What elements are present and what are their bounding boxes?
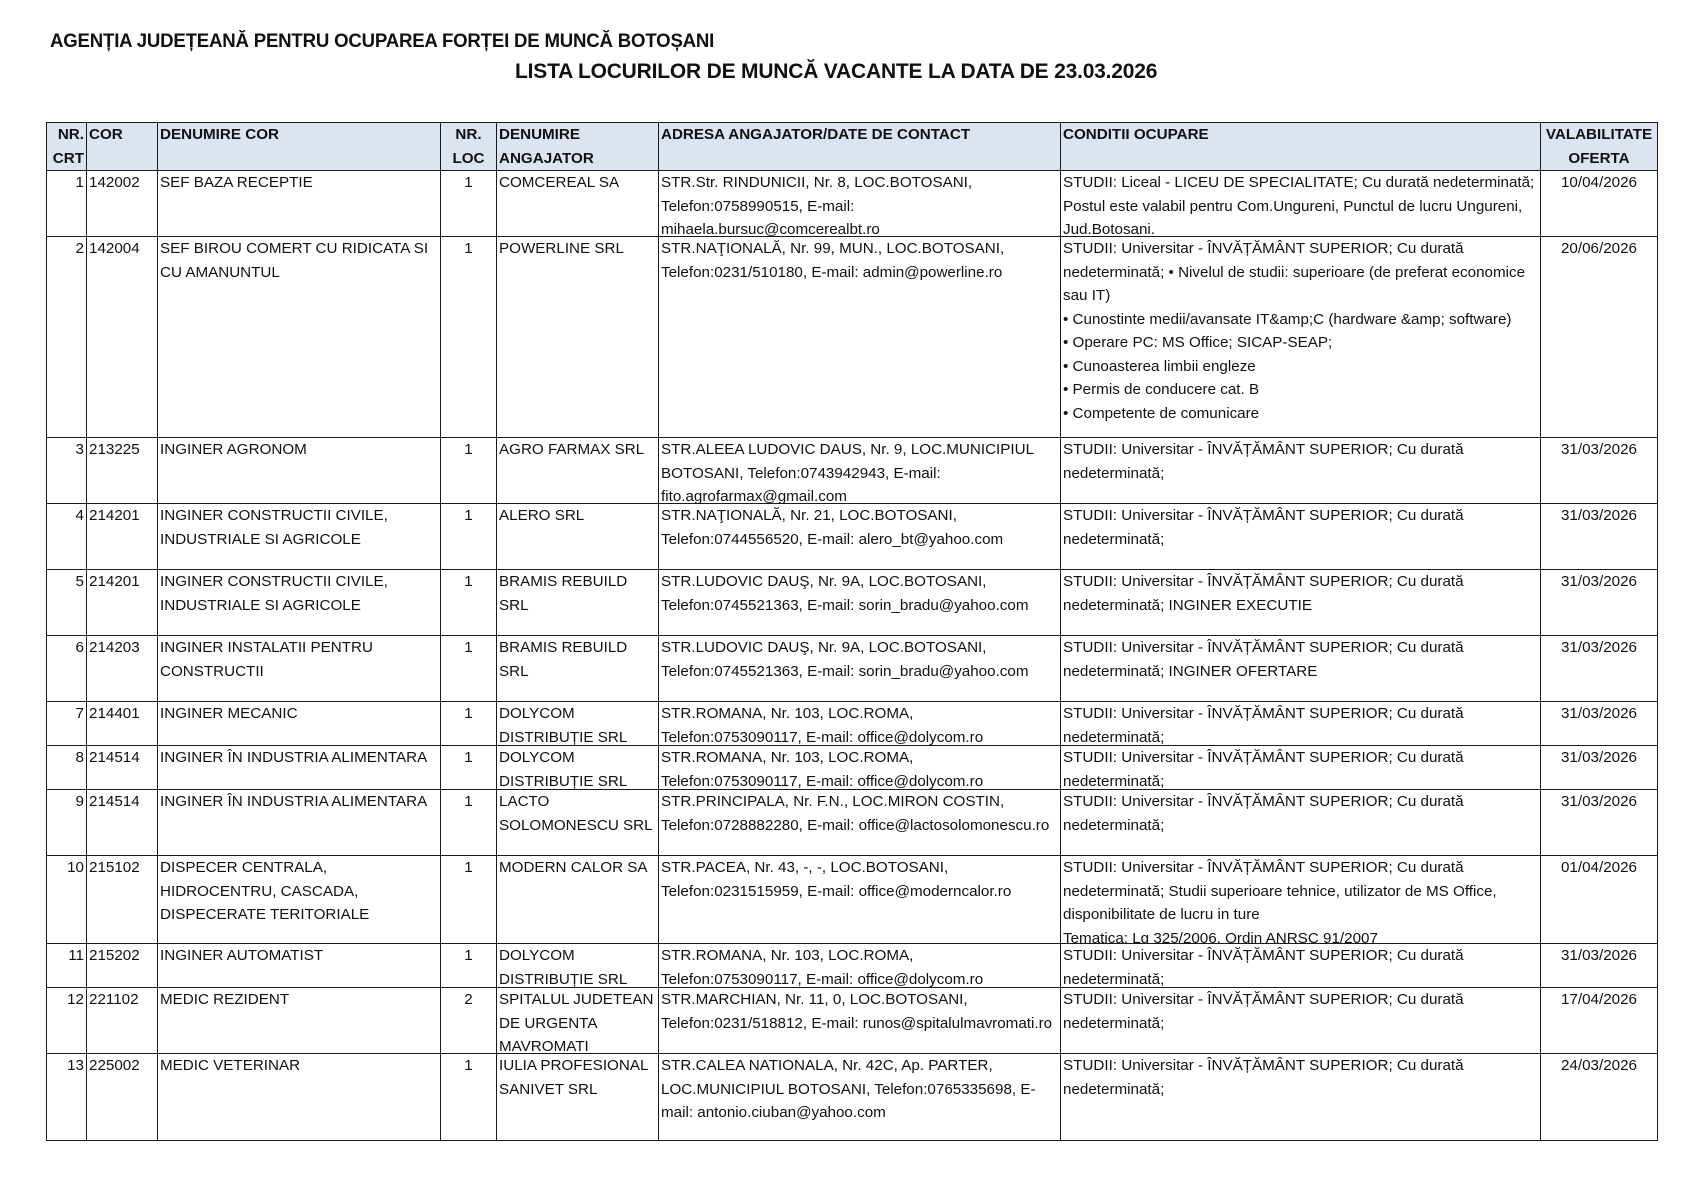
cell-conditii: STUDII: Universitar - ÎNVĂȚĂMÂNT SUPERIO… xyxy=(1061,944,1541,988)
cell-conditii: STUDII: Universitar - ÎNVĂȚĂMÂNT SUPERIO… xyxy=(1061,570,1541,636)
cell-adresa: STR.Str. RINDUNICII, Nr. 8, LOC.BOTOSANI… xyxy=(659,171,1061,237)
cell-valabilitate: 24/03/2026 xyxy=(1541,1054,1658,1141)
cell-nr-loc-text: 1 xyxy=(443,438,494,503)
cell-denumire-cor-text: MEDIC VETERINAR xyxy=(160,1054,438,1140)
cell-angajator: DOLYCOM DISTRIBUȚIE SRL xyxy=(497,746,659,790)
cell-nr-loc: 1 xyxy=(441,856,497,944)
cell-denumire-cor: INGINER ÎN INDUSTRIA ALIMENTARA xyxy=(158,790,441,856)
cell-angajator: IULIA PROFESIONAL SANIVET SRL xyxy=(497,1054,659,1141)
cell-denumire-cor: DISPECER CENTRALA, HIDROCENTRU, CASCADA,… xyxy=(158,856,441,944)
cell-valabilitate-text: 10/04/2026 xyxy=(1543,171,1655,236)
cell-angajator: LACTO SOLOMONESCU SRL xyxy=(497,790,659,856)
col-header-cor: COR xyxy=(87,123,158,171)
table-row: 6214203INGINER INSTALATII PENTRU CONSTRU… xyxy=(47,636,1658,702)
cell-valabilitate-text: 31/03/2026 xyxy=(1543,570,1655,635)
cell-conditii: STUDII: Universitar - ÎNVĂȚĂMÂNT SUPERIO… xyxy=(1061,438,1541,504)
cell-cor: 142002 xyxy=(87,171,158,237)
cell-angajator-text: COMCEREAL SA xyxy=(499,171,656,236)
cell-nr-loc: 1 xyxy=(441,636,497,702)
cell-adresa: STR.ALEEA LUDOVIC DAUS, Nr. 9, LOC.MUNIC… xyxy=(659,438,1061,504)
cell-angajator-text: LACTO SOLOMONESCU SRL xyxy=(499,790,656,855)
cell-nr-crt-text: 5 xyxy=(49,570,84,635)
cell-adresa: STR.PRINCIPALA, Nr. F.N., LOC.MIRON COST… xyxy=(659,790,1061,856)
col-header-denumire-cor: DENUMIRE COR xyxy=(158,123,441,171)
cell-cor-text: 225002 xyxy=(89,1054,155,1140)
cell-cor: 215102 xyxy=(87,856,158,944)
cell-valabilitate: 31/03/2026 xyxy=(1541,504,1658,570)
cell-conditii-text: STUDII: Universitar - ÎNVĂȚĂMÂNT SUPERIO… xyxy=(1063,702,1538,745)
table-row: 13225002MEDIC VETERINAR1IULIA PROFESIONA… xyxy=(47,1054,1658,1141)
cell-denumire-cor-text: INGINER CONSTRUCTII CIVILE, INDUSTRIALE … xyxy=(160,570,438,635)
cell-nr-crt: 4 xyxy=(47,504,87,570)
cell-conditii-text: STUDII: Universitar - ÎNVĂȚĂMÂNT SUPERIO… xyxy=(1063,570,1538,635)
col-header-valabilitate: VALABILITATE OFERTA xyxy=(1541,123,1658,171)
cell-adresa-text: STR.ROMANA, Nr. 103, LOC.ROMA, Telefon:0… xyxy=(661,746,1058,789)
cell-valabilitate: 17/04/2026 xyxy=(1541,988,1658,1054)
cell-angajator-text: IULIA PROFESIONAL SANIVET SRL xyxy=(499,1054,656,1140)
cell-conditii-text: STUDII: Universitar - ÎNVĂȚĂMÂNT SUPERIO… xyxy=(1063,504,1538,569)
cell-denumire-cor-text: MEDIC REZIDENT xyxy=(160,988,438,1053)
cell-nr-crt: 9 xyxy=(47,790,87,856)
cell-cor-text: 214514 xyxy=(89,746,155,789)
cell-adresa-text: STR.LUDOVIC DAUŞ, Nr. 9A, LOC.BOTOSANI, … xyxy=(661,636,1058,701)
cell-conditii-text: STUDII: Universitar - ÎNVĂȚĂMÂNT SUPERIO… xyxy=(1063,790,1538,855)
cell-adresa-text: STR.NAŢIONALĂ, Nr. 99, MUN., LOC.BOTOSAN… xyxy=(661,237,1058,437)
cell-angajator-text: AGRO FARMAX SRL xyxy=(499,438,656,503)
table-row: 4214201INGINER CONSTRUCTII CIVILE, INDUS… xyxy=(47,504,1658,570)
cell-nr-loc-text: 2 xyxy=(443,988,494,1053)
cell-nr-loc-text: 1 xyxy=(443,702,494,745)
list-title: LISTA LOCURILOR DE MUNCĂ VACANTE LA DATA… xyxy=(515,60,1157,84)
cell-denumire-cor: INGINER AUTOMATIST xyxy=(158,944,441,988)
cell-nr-crt-text: 2 xyxy=(49,237,84,437)
cell-cor: 142004 xyxy=(87,237,158,438)
cell-denumire-cor-text: DISPECER CENTRALA, HIDROCENTRU, CASCADA,… xyxy=(160,856,438,943)
cell-cor: 214203 xyxy=(87,636,158,702)
cell-nr-loc-text: 1 xyxy=(443,790,494,855)
cell-adresa: STR.NAŢIONALĂ, Nr. 21, LOC.BOTOSANI, Tel… xyxy=(659,504,1061,570)
cell-conditii-text: STUDII: Universitar - ÎNVĂȚĂMÂNT SUPERIO… xyxy=(1063,944,1538,987)
cell-nr-loc-text: 1 xyxy=(443,746,494,789)
cell-valabilitate: 31/03/2026 xyxy=(1541,790,1658,856)
cell-cor: 214514 xyxy=(87,790,158,856)
cell-denumire-cor-text: SEF BIROU COMERT CU RIDICATA SI CU AMANU… xyxy=(160,237,438,437)
cell-conditii-text: STUDII: Universitar - ÎNVĂȚĂMÂNT SUPERIO… xyxy=(1063,856,1538,943)
cell-valabilitate: 01/04/2026 xyxy=(1541,856,1658,944)
cell-cor-text: 214201 xyxy=(89,504,155,569)
agency-title: AGENȚIA JUDEȚEANĂ PENTRU OCUPAREA FORȚEI… xyxy=(50,31,714,53)
cell-conditii: STUDII: Universitar - ÎNVĂȚĂMÂNT SUPERIO… xyxy=(1061,504,1541,570)
cell-denumire-cor-text: INGINER AGRONOM xyxy=(160,438,438,503)
cell-nr-crt-text: 13 xyxy=(49,1054,84,1140)
cell-adresa-text: STR.ALEEA LUDOVIC DAUS, Nr. 9, LOC.MUNIC… xyxy=(661,438,1058,503)
cell-adresa: STR.ROMANA, Nr. 103, LOC.ROMA, Telefon:0… xyxy=(659,944,1061,988)
cell-nr-loc: 1 xyxy=(441,237,497,438)
cell-nr-crt-text: 9 xyxy=(49,790,84,855)
cell-nr-crt-text: 7 xyxy=(49,702,84,745)
col-header-conditii: CONDITII OCUPARE xyxy=(1061,123,1541,171)
cell-nr-crt-text: 3 xyxy=(49,438,84,503)
cell-cor: 215202 xyxy=(87,944,158,988)
cell-cor: 213225 xyxy=(87,438,158,504)
cell-nr-loc-text: 1 xyxy=(443,570,494,635)
cell-angajator: BRAMIS REBUILD SRL xyxy=(497,570,659,636)
cell-nr-loc: 2 xyxy=(441,988,497,1054)
table-row: 10215102DISPECER CENTRALA, HIDROCENTRU, … xyxy=(47,856,1658,944)
cell-nr-loc: 1 xyxy=(441,944,497,988)
table-row: 12221102MEDIC REZIDENT2SPITALUL JUDETEAN… xyxy=(47,988,1658,1054)
cell-angajator-text: POWERLINE SRL xyxy=(499,237,656,437)
cell-angajator-text: MODERN CALOR SA xyxy=(499,856,656,943)
cell-angajator: DOLYCOM DISTRIBUȚIE SRL xyxy=(497,702,659,746)
cell-denumire-cor: MEDIC REZIDENT xyxy=(158,988,441,1054)
cell-angajator-text: SPITALUL JUDETEAN DE URGENTA MAVROMATI xyxy=(499,988,656,1053)
cell-conditii-text: STUDII: Universitar - ÎNVĂȚĂMÂNT SUPERIO… xyxy=(1063,636,1538,701)
cell-valabilitate: 31/03/2026 xyxy=(1541,636,1658,702)
cell-conditii: STUDII: Universitar - ÎNVĂȚĂMÂNT SUPERIO… xyxy=(1061,237,1541,438)
cell-angajator: BRAMIS REBUILD SRL xyxy=(497,636,659,702)
cell-nr-loc: 1 xyxy=(441,570,497,636)
col-header-adresa: ADRESA ANGAJATOR/DATE DE CONTACT xyxy=(659,123,1061,171)
cell-cor-text: 215202 xyxy=(89,944,155,987)
cell-denumire-cor: INGINER AGRONOM xyxy=(158,438,441,504)
table-row: 5214201INGINER CONSTRUCTII CIVILE, INDUS… xyxy=(47,570,1658,636)
cell-valabilitate-text: 31/03/2026 xyxy=(1543,790,1655,855)
cell-conditii-text: STUDII: Universitar - ÎNVĂȚĂMÂNT SUPERIO… xyxy=(1063,988,1538,1053)
cell-nr-loc-text: 1 xyxy=(443,237,494,437)
cell-conditii-text: STUDII: Liceal - LICEU DE SPECIALITATE; … xyxy=(1063,171,1538,236)
cell-cor: 225002 xyxy=(87,1054,158,1141)
cell-cor: 214201 xyxy=(87,504,158,570)
cell-angajator-text: BRAMIS REBUILD SRL xyxy=(499,636,656,701)
cell-valabilitate-text: 31/03/2026 xyxy=(1543,438,1655,503)
cell-cor: 214401 xyxy=(87,702,158,746)
cell-valabilitate: 31/03/2026 xyxy=(1541,944,1658,988)
cell-nr-crt-text: 6 xyxy=(49,636,84,701)
cell-nr-loc: 1 xyxy=(441,746,497,790)
cell-angajator: AGRO FARMAX SRL xyxy=(497,438,659,504)
cell-nr-loc-text: 1 xyxy=(443,636,494,701)
cell-nr-loc-text: 1 xyxy=(443,1054,494,1140)
cell-nr-crt: 6 xyxy=(47,636,87,702)
cell-conditii-text: STUDII: Universitar - ÎNVĂȚĂMÂNT SUPERIO… xyxy=(1063,746,1538,789)
cell-nr-loc: 1 xyxy=(441,171,497,237)
table-body: 1142002SEF BAZA RECEPTIE1COMCEREAL SASTR… xyxy=(47,171,1658,1141)
cell-nr-crt: 12 xyxy=(47,988,87,1054)
cell-adresa: STR.LUDOVIC DAUŞ, Nr. 9A, LOC.BOTOSANI, … xyxy=(659,636,1061,702)
cell-nr-crt: 1 xyxy=(47,171,87,237)
cell-angajator: ALERO SRL xyxy=(497,504,659,570)
cell-cor-text: 214401 xyxy=(89,702,155,745)
cell-conditii: STUDII: Universitar - ÎNVĂȚĂMÂNT SUPERIO… xyxy=(1061,702,1541,746)
cell-cor: 221102 xyxy=(87,988,158,1054)
cell-valabilitate-text: 31/03/2026 xyxy=(1543,702,1655,745)
cell-angajator: MODERN CALOR SA xyxy=(497,856,659,944)
cell-nr-crt-text: 10 xyxy=(49,856,84,943)
cell-cor-text: 221102 xyxy=(89,988,155,1053)
cell-angajator-text: ALERO SRL xyxy=(499,504,656,569)
cell-nr-loc-text: 1 xyxy=(443,171,494,236)
cell-adresa-text: STR.ROMANA, Nr. 103, LOC.ROMA, Telefon:0… xyxy=(661,944,1058,987)
cell-denumire-cor-text: INGINER ÎN INDUSTRIA ALIMENTARA xyxy=(160,790,438,855)
cell-cor-text: 214201 xyxy=(89,570,155,635)
cell-adresa: STR.ROMANA, Nr. 103, LOC.ROMA, Telefon:0… xyxy=(659,746,1061,790)
cell-adresa: STR.NAŢIONALĂ, Nr. 99, MUN., LOC.BOTOSAN… xyxy=(659,237,1061,438)
cell-valabilitate-text: 17/04/2026 xyxy=(1543,988,1655,1053)
cell-denumire-cor: INGINER ÎN INDUSTRIA ALIMENTARA xyxy=(158,746,441,790)
cell-nr-loc-text: 1 xyxy=(443,944,494,987)
cell-angajator: POWERLINE SRL xyxy=(497,237,659,438)
col-header-nr-loc: NR. LOC xyxy=(441,123,497,171)
col-header-nr-crt: NR. CRT xyxy=(47,123,87,171)
cell-nr-crt: 10 xyxy=(47,856,87,944)
cell-angajator-text: DOLYCOM DISTRIBUȚIE SRL xyxy=(499,944,656,987)
table-header-row: NR. CRT COR DENUMIRE COR NR. LOC DENUMIR… xyxy=(47,123,1658,171)
cell-adresa-text: STR.ROMANA, Nr. 103, LOC.ROMA, Telefon:0… xyxy=(661,702,1058,745)
cell-valabilitate-text: 24/03/2026 xyxy=(1543,1054,1655,1140)
cell-adresa-text: STR.PRINCIPALA, Nr. F.N., LOC.MIRON COST… xyxy=(661,790,1058,855)
cell-denumire-cor-text: INGINER ÎN INDUSTRIA ALIMENTARA xyxy=(160,746,438,789)
cell-adresa: STR.LUDOVIC DAUŞ, Nr. 9A, LOC.BOTOSANI, … xyxy=(659,570,1061,636)
cell-valabilitate-text: 01/04/2026 xyxy=(1543,856,1655,943)
cell-nr-crt: 3 xyxy=(47,438,87,504)
cell-conditii: STUDII: Universitar - ÎNVĂȚĂMÂNT SUPERIO… xyxy=(1061,856,1541,944)
cell-angajator-text: BRAMIS REBUILD SRL xyxy=(499,570,656,635)
cell-valabilitate: 31/03/2026 xyxy=(1541,570,1658,636)
table-row: 7214401INGINER MECANIC1DOLYCOM DISTRIBUȚ… xyxy=(47,702,1658,746)
cell-cor: 214514 xyxy=(87,746,158,790)
cell-angajator: COMCEREAL SA xyxy=(497,171,659,237)
cell-nr-crt: 11 xyxy=(47,944,87,988)
cell-denumire-cor: INGINER CONSTRUCTII CIVILE, INDUSTRIALE … xyxy=(158,504,441,570)
cell-conditii: STUDII: Universitar - ÎNVĂȚĂMÂNT SUPERIO… xyxy=(1061,790,1541,856)
cell-nr-crt-text: 8 xyxy=(49,746,84,789)
cell-denumire-cor: SEF BIROU COMERT CU RIDICATA SI CU AMANU… xyxy=(158,237,441,438)
cell-nr-loc-text: 1 xyxy=(443,504,494,569)
cell-nr-loc: 1 xyxy=(441,504,497,570)
cell-nr-crt: 2 xyxy=(47,237,87,438)
cell-nr-crt-text: 4 xyxy=(49,504,84,569)
cell-nr-crt: 8 xyxy=(47,746,87,790)
cell-denumire-cor-text: INGINER CONSTRUCTII CIVILE, INDUSTRIALE … xyxy=(160,504,438,569)
cell-denumire-cor: MEDIC VETERINAR xyxy=(158,1054,441,1141)
table-row: 3213225INGINER AGRONOM1AGRO FARMAX SRLST… xyxy=(47,438,1658,504)
col-header-denumire-angajator: DENUMIRE ANGAJATOR xyxy=(497,123,659,171)
cell-conditii: STUDII: Liceal - LICEU DE SPECIALITATE; … xyxy=(1061,171,1541,237)
cell-denumire-cor-text: INGINER MECANIC xyxy=(160,702,438,745)
cell-cor: 214201 xyxy=(87,570,158,636)
cell-cor-text: 214203 xyxy=(89,636,155,701)
cell-valabilitate: 31/03/2026 xyxy=(1541,438,1658,504)
cell-cor-text: 215102 xyxy=(89,856,155,943)
cell-adresa-text: STR.NAŢIONALĂ, Nr. 21, LOC.BOTOSANI, Tel… xyxy=(661,504,1058,569)
cell-nr-crt: 7 xyxy=(47,702,87,746)
cell-nr-loc: 1 xyxy=(441,1054,497,1141)
cell-valabilitate-text: 31/03/2026 xyxy=(1543,746,1655,789)
table-row: 1142002SEF BAZA RECEPTIE1COMCEREAL SASTR… xyxy=(47,171,1658,237)
cell-conditii: STUDII: Universitar - ÎNVĂȚĂMÂNT SUPERIO… xyxy=(1061,746,1541,790)
cell-conditii-text: STUDII: Universitar - ÎNVĂȚĂMÂNT SUPERIO… xyxy=(1063,438,1538,503)
cell-valabilitate-text: 20/06/2026 xyxy=(1543,237,1655,437)
table-row: 8214514INGINER ÎN INDUSTRIA ALIMENTARA1D… xyxy=(47,746,1658,790)
cell-adresa: STR.ROMANA, Nr. 103, LOC.ROMA, Telefon:0… xyxy=(659,702,1061,746)
cell-adresa: STR.MARCHIAN, Nr. 11, 0, LOC.BOTOSANI, T… xyxy=(659,988,1061,1054)
cell-nr-loc-text: 1 xyxy=(443,856,494,943)
cell-adresa-text: STR.PACEA, Nr. 43, -, -, LOC.BOTOSANI, T… xyxy=(661,856,1058,943)
cell-denumire-cor: INGINER INSTALATII PENTRU CONSTRUCTII xyxy=(158,636,441,702)
cell-nr-crt: 13 xyxy=(47,1054,87,1141)
cell-nr-crt-text: 11 xyxy=(49,944,84,987)
cell-valabilitate: 10/04/2026 xyxy=(1541,171,1658,237)
table-row: 2142004SEF BIROU COMERT CU RIDICATA SI C… xyxy=(47,237,1658,438)
cell-cor-text: 213225 xyxy=(89,438,155,503)
cell-nr-crt-text: 1 xyxy=(49,171,84,236)
cell-nr-loc: 1 xyxy=(441,438,497,504)
cell-nr-crt: 5 xyxy=(47,570,87,636)
cell-angajator-text: DOLYCOM DISTRIBUȚIE SRL xyxy=(499,702,656,745)
cell-denumire-cor-text: SEF BAZA RECEPTIE xyxy=(160,171,438,236)
cell-conditii-text: STUDII: Universitar - ÎNVĂȚĂMÂNT SUPERIO… xyxy=(1063,237,1538,437)
cell-conditii: STUDII: Universitar - ÎNVĂȚĂMÂNT SUPERIO… xyxy=(1061,1054,1541,1141)
cell-adresa: STR.CALEA NATIONALA, Nr. 42C, Ap. PARTER… xyxy=(659,1054,1061,1141)
cell-denumire-cor: INGINER CONSTRUCTII CIVILE, INDUSTRIALE … xyxy=(158,570,441,636)
cell-conditii: STUDII: Universitar - ÎNVĂȚĂMÂNT SUPERIO… xyxy=(1061,636,1541,702)
cell-adresa-text: STR.CALEA NATIONALA, Nr. 42C, Ap. PARTER… xyxy=(661,1054,1058,1140)
cell-valabilitate-text: 31/03/2026 xyxy=(1543,944,1655,987)
cell-angajator: DOLYCOM DISTRIBUȚIE SRL xyxy=(497,944,659,988)
cell-conditii-text: STUDII: Universitar - ÎNVĂȚĂMÂNT SUPERIO… xyxy=(1063,1054,1538,1140)
cell-cor-text: 142002 xyxy=(89,171,155,236)
cell-denumire-cor-text: INGINER AUTOMATIST xyxy=(160,944,438,987)
cell-conditii: STUDII: Universitar - ÎNVĂȚĂMÂNT SUPERIO… xyxy=(1061,988,1541,1054)
cell-cor-text: 214514 xyxy=(89,790,155,855)
cell-nr-loc: 1 xyxy=(441,702,497,746)
cell-angajator-text: DOLYCOM DISTRIBUȚIE SRL xyxy=(499,746,656,789)
cell-adresa-text: STR.Str. RINDUNICII, Nr. 8, LOC.BOTOSANI… xyxy=(661,171,1058,236)
vacancies-table: NR. CRT COR DENUMIRE COR NR. LOC DENUMIR… xyxy=(46,122,1658,1141)
cell-nr-loc: 1 xyxy=(441,790,497,856)
cell-valabilitate-text: 31/03/2026 xyxy=(1543,504,1655,569)
table-row: 9214514INGINER ÎN INDUSTRIA ALIMENTARA1L… xyxy=(47,790,1658,856)
cell-angajator: SPITALUL JUDETEAN DE URGENTA MAVROMATI xyxy=(497,988,659,1054)
cell-valabilitate: 31/03/2026 xyxy=(1541,702,1658,746)
cell-cor-text: 142004 xyxy=(89,237,155,437)
table-row: 11215202INGINER AUTOMATIST1DOLYCOM DISTR… xyxy=(47,944,1658,988)
cell-adresa-text: STR.LUDOVIC DAUŞ, Nr. 9A, LOC.BOTOSANI, … xyxy=(661,570,1058,635)
cell-denumire-cor-text: INGINER INSTALATII PENTRU CONSTRUCTII xyxy=(160,636,438,701)
cell-nr-crt-text: 12 xyxy=(49,988,84,1053)
cell-denumire-cor: INGINER MECANIC xyxy=(158,702,441,746)
cell-denumire-cor: SEF BAZA RECEPTIE xyxy=(158,171,441,237)
cell-adresa-text: STR.MARCHIAN, Nr. 11, 0, LOC.BOTOSANI, T… xyxy=(661,988,1058,1053)
cell-valabilitate: 31/03/2026 xyxy=(1541,746,1658,790)
cell-valabilitate-text: 31/03/2026 xyxy=(1543,636,1655,701)
cell-valabilitate: 20/06/2026 xyxy=(1541,237,1658,438)
cell-adresa: STR.PACEA, Nr. 43, -, -, LOC.BOTOSANI, T… xyxy=(659,856,1061,944)
